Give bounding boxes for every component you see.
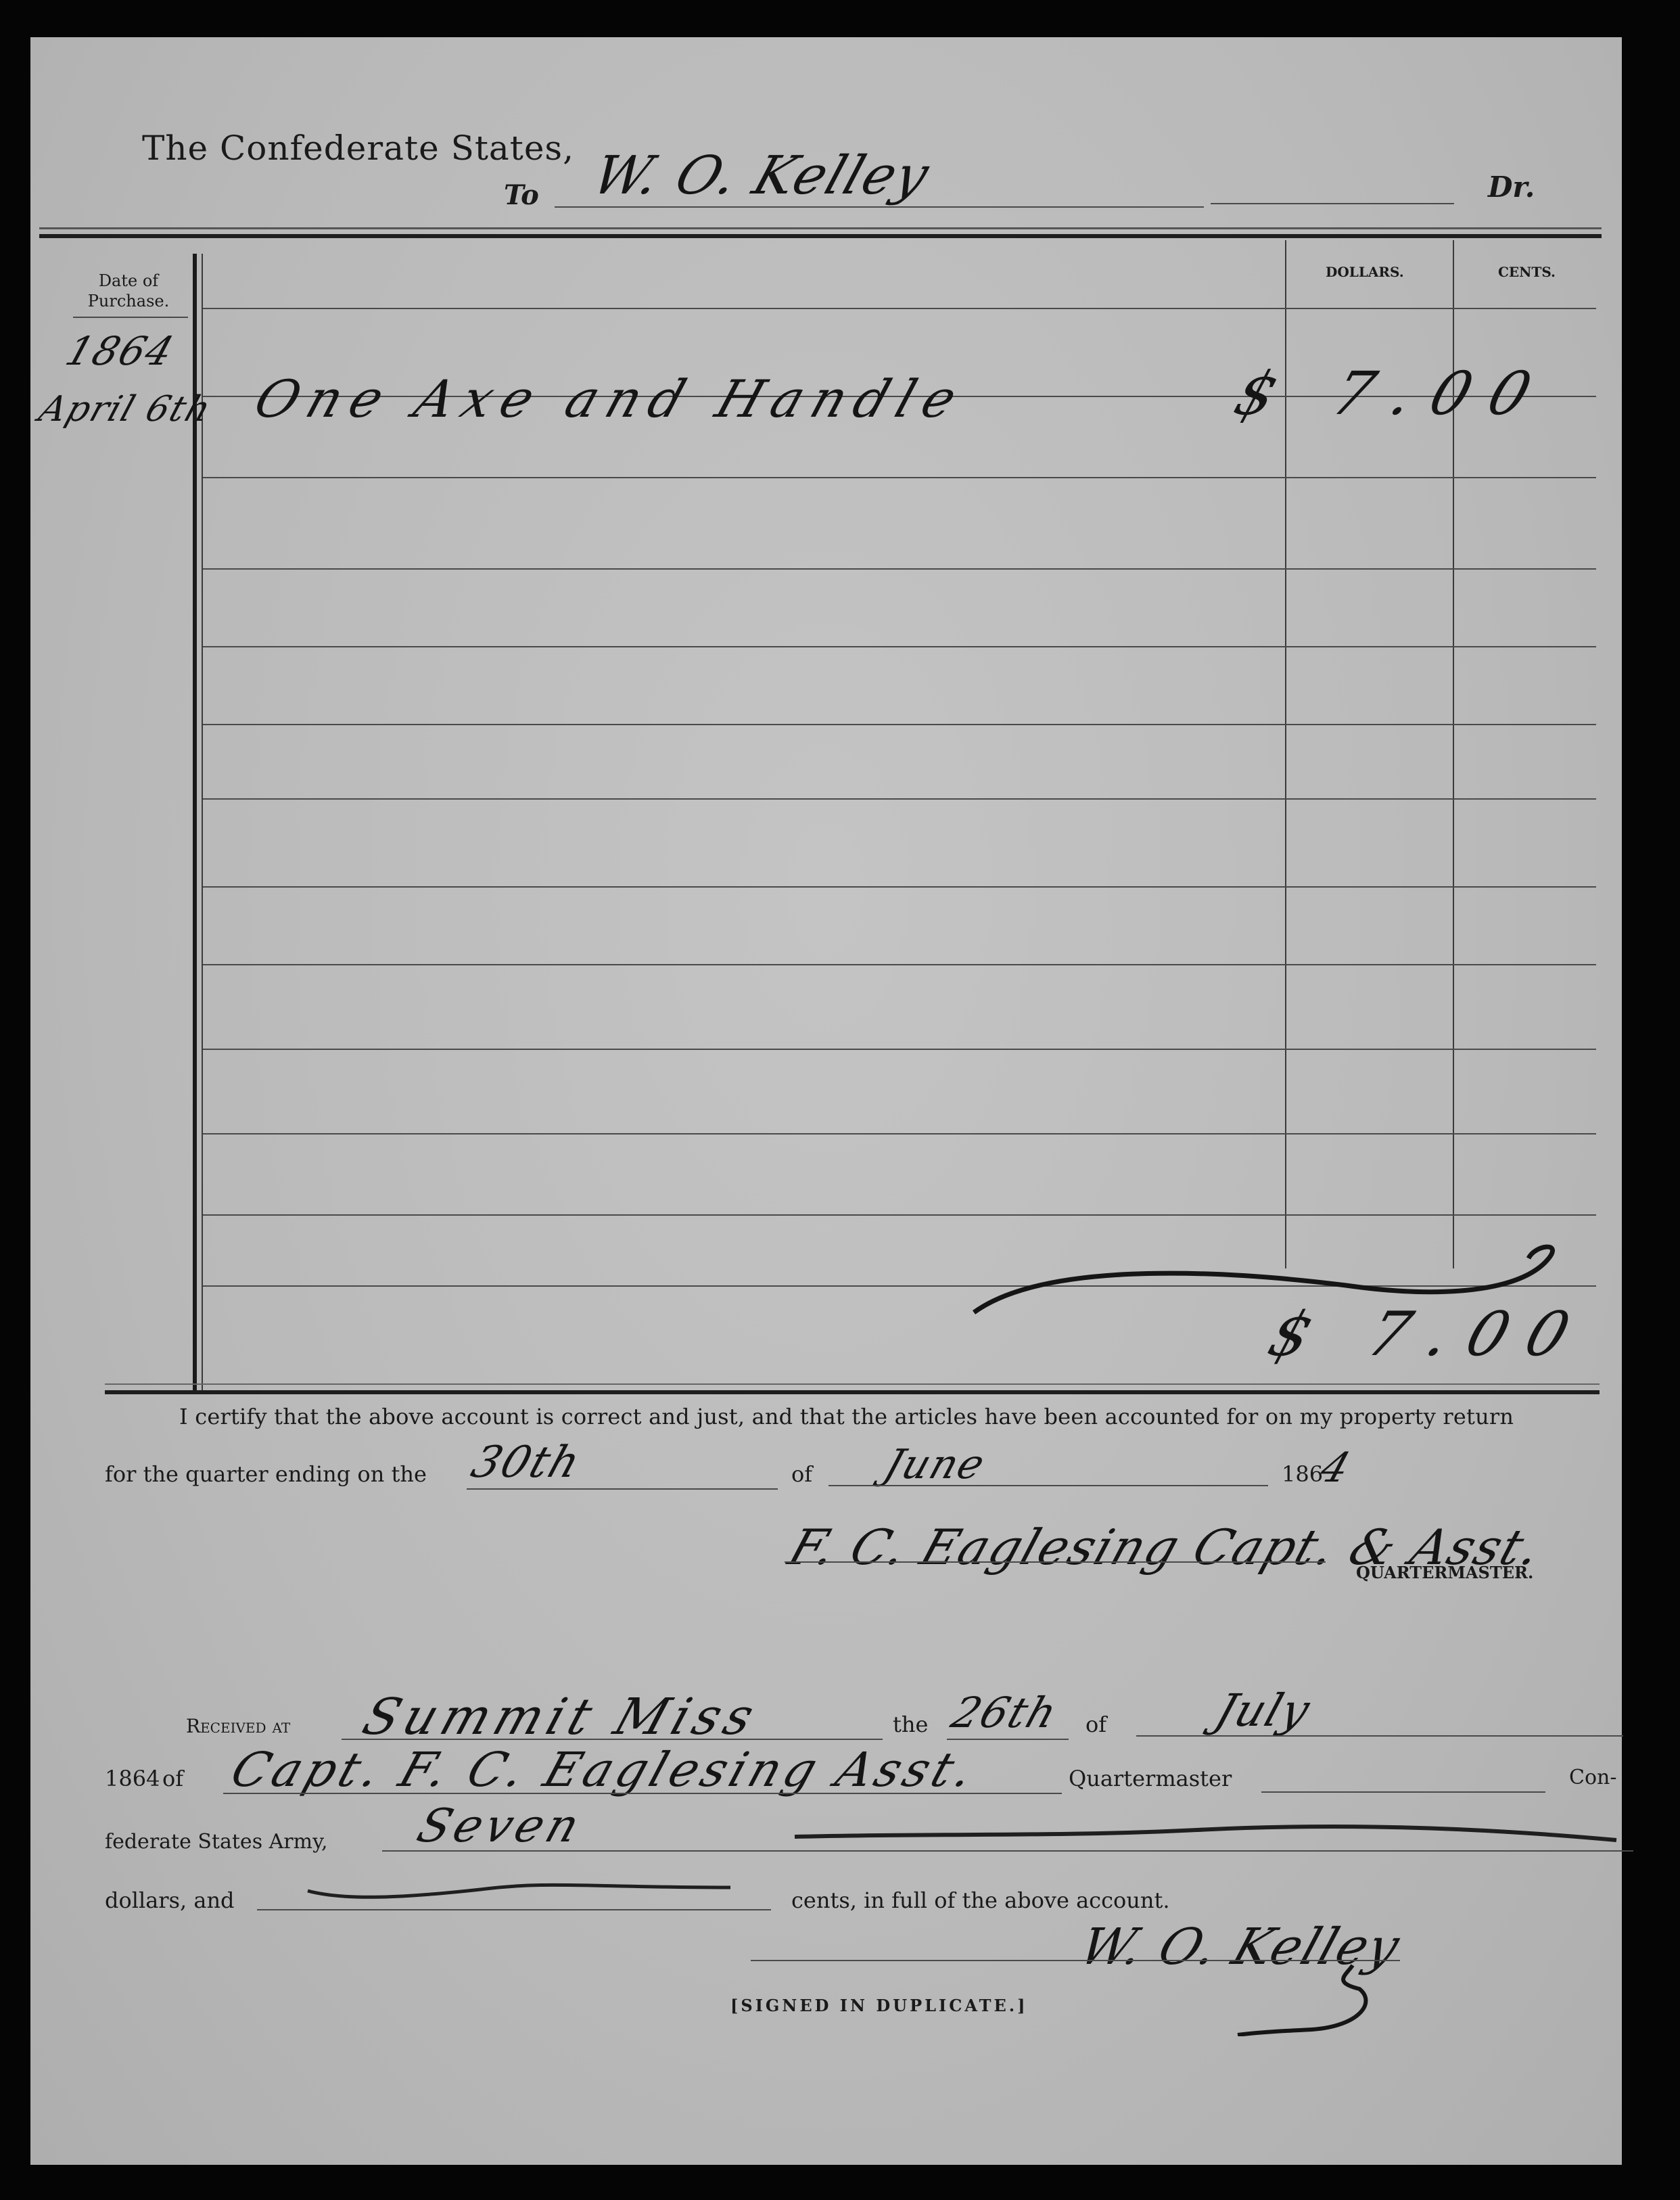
- received-place: Summit Miss: [356, 1688, 766, 1746]
- dollars-header: DOLLARS.: [1326, 264, 1404, 280]
- of-label-3: of: [162, 1766, 183, 1791]
- row-line: [203, 1214, 1596, 1216]
- document-title: The Confederate States,: [142, 129, 574, 168]
- receipt-year: 1864: [105, 1766, 160, 1791]
- row-line: [203, 1049, 1596, 1050]
- amount-fill-stroke: [791, 1820, 1623, 1854]
- entry-amount: $ 7.00: [1226, 359, 1560, 428]
- entry-date-year: 1864: [60, 328, 181, 374]
- row-line: [203, 886, 1596, 888]
- payee-signature-underline: [751, 1960, 1400, 1961]
- place-underline: [342, 1739, 883, 1740]
- row-line: [203, 798, 1596, 800]
- table-bottom-rule: [105, 1383, 1600, 1385]
- con-label: Con-: [1569, 1766, 1616, 1789]
- received-day: 26th: [946, 1688, 1064, 1737]
- row-line: [203, 568, 1596, 570]
- dollars-and-label: dollars, and: [105, 1887, 235, 1913]
- entry-date-day: April 6th: [34, 389, 216, 430]
- cents-fill-stroke: [304, 1877, 744, 1904]
- dr-label: Dr.: [1488, 170, 1535, 204]
- payee-underline: [555, 206, 1204, 208]
- quarter-month: June: [879, 1441, 992, 1488]
- table-top-rule: [39, 227, 1602, 229]
- row-line: [203, 477, 1596, 478]
- total-amount: $ 7.00: [1260, 1299, 1598, 1370]
- quartermaster-title: QUARTERMASTER.: [1356, 1563, 1533, 1582]
- qm-blank-underline: [1261, 1791, 1545, 1793]
- date-of-purchase-header: Date of Purchase.: [74, 271, 183, 311]
- to-label: To: [504, 179, 539, 211]
- received-from: Capt. F. C. Eaglesing Asst.: [225, 1742, 985, 1797]
- date-header-rule: [73, 317, 188, 318]
- of-label-2: of: [1086, 1712, 1106, 1737]
- row-line: [203, 1133, 1596, 1135]
- cents-full-label: cents, in full of the above account.: [791, 1887, 1170, 1913]
- day-underline: [947, 1739, 1069, 1740]
- signature-underline: [785, 1561, 1326, 1563]
- payee-underline-2: [1211, 203, 1454, 204]
- the-label: the: [893, 1712, 928, 1737]
- certification-text: I certify that the above account is corr…: [179, 1404, 1514, 1429]
- signed-in-duplicate: [SIGNED IN DUPLICATE.]: [730, 1996, 1028, 2015]
- cents-header: CENTS.: [1498, 264, 1556, 280]
- quarter-day: 30th: [465, 1438, 587, 1488]
- payee-name: W. O. Kelley: [585, 145, 937, 206]
- received-at-label: Received at: [186, 1715, 290, 1737]
- quarter-ending-label: for the quarter ending on the: [105, 1461, 427, 1487]
- from-underline: [223, 1793, 1062, 1794]
- header-bottom-rule: [203, 308, 1596, 309]
- army-label: federate States Army,: [105, 1830, 328, 1854]
- table-top-rule-thick: [39, 234, 1602, 238]
- amount-underline: [382, 1850, 1633, 1852]
- entry-description: One Axe and Handle: [248, 369, 974, 429]
- row-line: [203, 724, 1596, 725]
- quarter-month-underline: [829, 1485, 1268, 1486]
- amount-words: Seven: [411, 1800, 590, 1853]
- row-line: [203, 646, 1596, 647]
- received-month: July: [1209, 1685, 1317, 1737]
- table-bottom-rule-thick: [105, 1390, 1600, 1394]
- quartermaster-label: Quartermaster: [1069, 1766, 1232, 1791]
- cents-underline: [257, 1909, 771, 1910]
- signature-flourish: [1231, 1962, 1407, 2036]
- quarter-day-underline: [467, 1488, 778, 1490]
- row-line: [203, 964, 1596, 965]
- month-underline: [1136, 1735, 1623, 1737]
- of-label: of: [791, 1461, 812, 1487]
